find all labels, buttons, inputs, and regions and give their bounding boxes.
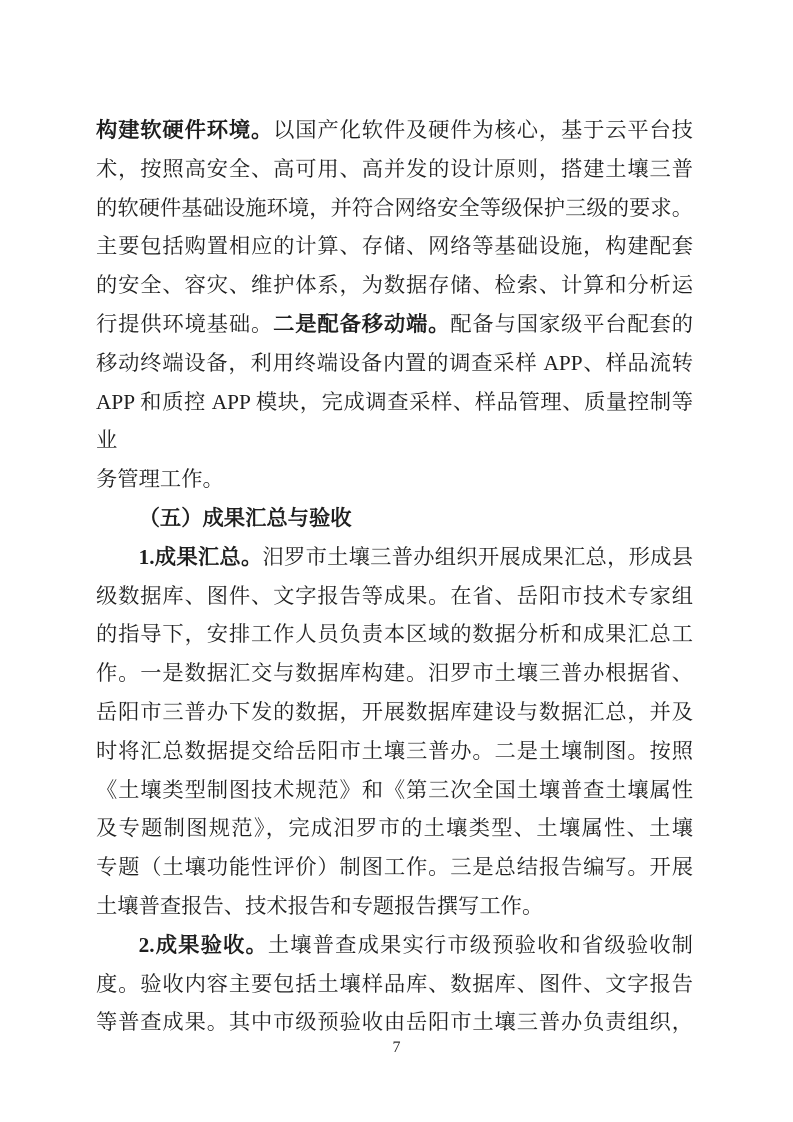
page-number: 7 — [0, 1038, 793, 1058]
text-line: 度。验收内容主要包括土壤样品库、数据库、图件、文字报告 — [96, 965, 693, 1004]
text-line: 术，按照高安全、高可用、高并发的设计原则，搭建土壤三普 — [96, 150, 693, 189]
text-segment: 度。验收内容主要包括土壤样品库、数据库、图件、文字报告 — [96, 972, 693, 996]
text-segment: 主要包括购置相应的计算、存储、网络等基础设施，构建配套 — [96, 234, 693, 258]
text-line: 土壤普查报告、技术报告和专题报告撰写工作。 — [96, 887, 693, 926]
text-line: 及专题制图规范》，完成汨罗市的土壤类型、土壤属性、土壤 — [96, 809, 693, 848]
text-line: 1.成果汇总。汨罗市土壤三普办组织开展成果汇总，形成县 — [96, 538, 693, 577]
text-line: 作。一是数据汇交与数据库构建。汨罗市土壤三普办根据省、 — [96, 654, 693, 693]
text-segment: 专题（土壤功能性评价）制图工作。三是总结报告编写。开展 — [96, 855, 693, 879]
text-line: 构建软硬件环境。以国产化软件及硬件为核心，基于云平台技 — [96, 111, 693, 150]
text-segment: 等普查成果。其中市级预验收由岳阳市土壤三普办负责组织， — [96, 1010, 693, 1034]
text-segment: 级数据库、图件、文字报告等成果。在省、岳阳市技术专家组 — [96, 584, 693, 608]
text-segment: 作。一是数据汇交与数据库构建。汨罗市土壤三普办根据省、 — [96, 661, 693, 685]
text-segment: 的软硬件基础设施环境，并符合网络安全等级保护三级的要求。 — [96, 196, 693, 220]
para-results-summary: 1.成果汇总。汨罗市土壤三普办组织开展成果汇总，形成县级数据库、图件、文字报告等… — [96, 538, 693, 926]
text-segment: 以国产化软件及硬件为核心，基于云平台技 — [273, 118, 693, 142]
text-segment: 行提供环境基础。 — [96, 312, 273, 336]
text-line: 的指导下，安排工作人员负责本区域的数据分析和成果汇总工 — [96, 615, 693, 654]
text-segment: 的指导下，安排工作人员负责本区域的数据分析和成果汇总工 — [96, 622, 693, 646]
text-line: 等普查成果。其中市级预验收由岳阳市土壤三普办负责组织， — [96, 1003, 693, 1042]
document-page: 构建软硬件环境。以国产化软件及硬件为核心，基于云平台技术，按照高安全、高可用、高… — [0, 0, 793, 1122]
text-line: 移动终端设备，利用终端设备内置的调查采样 APP、样品流转 — [96, 344, 693, 383]
text-line: 岳阳市三普办下发的数据，开展数据库建设与数据汇总，并及 — [96, 693, 693, 732]
text-line: APP 和质控 APP 模块，完成调查采样、样品管理、质量控制等业 — [96, 383, 693, 461]
text-segment: 配备与国家级平台配套的 — [450, 312, 693, 336]
text-segment: 汨罗市土壤三普办组织开展成果汇总，形成县 — [263, 545, 694, 569]
text-segment: APP 和质控 APP 模块，完成调查采样、样品管理、质量控制等业 — [96, 390, 693, 453]
text-segment: 移动终端设备，利用终端设备内置的调查采样 APP、样品流转 — [96, 351, 693, 375]
para-platform-construction: 构建软硬件环境。以国产化软件及硬件为核心，基于云平台技术，按照高安全、高可用、高… — [96, 111, 693, 499]
text-line: 主要包括购置相应的计算、存储、网络等基础设施，构建配套 — [96, 227, 693, 266]
text-line: （五）成果汇总与验收 — [96, 499, 693, 538]
text-line: 级数据库、图件、文字报告等成果。在省、岳阳市技术专家组 — [96, 577, 693, 616]
text-segment: 《土壤类型制图技术规范》和《第三次全国土壤普查土壤属性 — [96, 778, 693, 802]
text-line: 的软硬件基础设施环境，并符合网络安全等级保护三级的要求。 — [96, 189, 693, 228]
text-segment: 岳阳市三普办下发的数据，开展数据库建设与数据汇总，并及 — [96, 700, 693, 724]
text-line: 务管理工作。 — [96, 460, 693, 499]
text-line: 时将汇总数据提交给岳阳市土壤三普办。二是土壤制图。按照 — [96, 732, 693, 771]
text-segment: 及专题制图规范》，完成汨罗市的土壤类型、土壤属性、土壤 — [96, 816, 693, 840]
text-segment: 2.成果验收。 — [139, 933, 268, 957]
text-segment: （五）成果汇总与验收 — [139, 506, 352, 530]
text-line: 专题（土壤功能性评价）制图工作。三是总结报告编写。开展 — [96, 848, 693, 887]
text-segment: 时将汇总数据提交给岳阳市土壤三普办。二是土壤制图。按照 — [96, 739, 693, 763]
text-segment: 务管理工作。 — [96, 467, 224, 491]
text-line: 2.成果验收。土壤普查成果实行市级预验收和省级验收制 — [96, 926, 693, 965]
text-line: 行提供环境基础。二是配备移动端。配备与国家级平台配套的 — [96, 305, 693, 344]
para-results-acceptance: 2.成果验收。土壤普查成果实行市级预验收和省级验收制度。验收内容主要包括土壤样品… — [96, 926, 693, 1042]
text-line: 的安全、容灾、维护体系，为数据存储、检索、计算和分析运 — [96, 266, 693, 305]
heading-section-5: （五）成果汇总与验收 — [96, 499, 693, 538]
text-segment: 术，按照高安全、高可用、高并发的设计原则，搭建土壤三普 — [96, 157, 693, 181]
text-line: 《土壤类型制图技术规范》和《第三次全国土壤普查土壤属性 — [96, 771, 693, 810]
text-segment: 构建软硬件环境。 — [96, 118, 273, 142]
text-segment: 的安全、容灾、维护体系，为数据存储、检索、计算和分析运 — [96, 273, 693, 297]
text-segment: 土壤普查报告、技术报告和专题报告撰写工作。 — [96, 894, 543, 918]
text-segment: 1.成果汇总。 — [139, 545, 263, 569]
text-segment: 二是配备移动端。 — [273, 312, 450, 336]
text-segment: 土壤普查成果实行市级预验收和省级验收制 — [268, 933, 693, 957]
text-block: 构建软硬件环境。以国产化软件及硬件为核心，基于云平台技术，按照高安全、高可用、高… — [96, 111, 693, 1042]
